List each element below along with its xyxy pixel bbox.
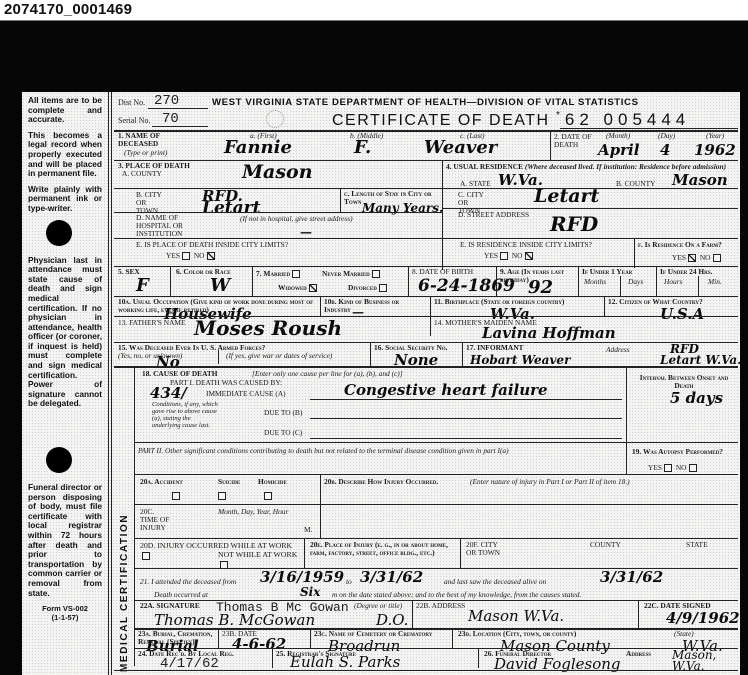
rule (408, 266, 409, 296)
attended-from: 3/16/1959 (260, 569, 344, 585)
registrar-signature: Eulah S. Parks (290, 654, 400, 670)
cause-of-death-label: 18. CAUSE OF DEATH (142, 370, 218, 378)
rule (152, 126, 208, 127)
physician-address: Mason W.Va. (468, 608, 564, 624)
under-24-hrs-label: If Under 24 Hrs. (660, 268, 712, 276)
min-label: Min. (708, 278, 722, 286)
rule (310, 628, 311, 648)
death-month: April (598, 142, 639, 158)
rule (340, 188, 341, 212)
rule (496, 266, 497, 296)
hours-label: Hours (664, 278, 682, 286)
instruction-write-plainly: Write plainly with permanent ink or type… (28, 185, 102, 214)
death-day: 4 (660, 142, 670, 158)
certificate-number: *62 005444 (556, 110, 690, 130)
attended-to-label: to (346, 578, 352, 586)
homicide-label: Homicide (258, 478, 287, 486)
middle-name: F. (354, 140, 371, 156)
medical-certification-label: MEDICAL CERTIFICATION (118, 392, 132, 672)
never-married-option: Never Married (322, 270, 382, 278)
divorced-checkbox[interactable] (379, 284, 387, 292)
instruction-complete: All items are to be complete and accurat… (28, 96, 102, 125)
rule (698, 276, 699, 296)
serial-no: 70 (162, 111, 179, 127)
business: — (352, 304, 364, 320)
attended-to: 3/31/62 (360, 569, 423, 585)
rule (620, 276, 621, 296)
rule (134, 474, 738, 475)
rule (370, 342, 371, 366)
part2-label: PART II. Other significant conditions co… (138, 447, 626, 455)
rule (412, 600, 413, 628)
mother-maiden-name: Lavina Hoffman (482, 325, 616, 341)
rule (462, 342, 463, 366)
rule (114, 238, 738, 239)
residence-county: Mason (672, 172, 728, 188)
cause-code: 434/ (150, 385, 187, 401)
rule (114, 366, 738, 368)
due-to-b-label: DUE TO (b) (264, 409, 302, 417)
scan-background: All items are to be complete and accurat… (0, 21, 748, 675)
rule (656, 266, 657, 296)
no-checkbox[interactable] (713, 254, 721, 262)
death-occurred-label: Death occurred at (154, 591, 208, 599)
injury-not-at-work-option: NOT WHILE AT WORK (218, 550, 300, 569)
autopsy-options: YES NO (648, 464, 699, 472)
death-year: 1962 (694, 142, 736, 158)
never-married-checkbox[interactable] (372, 270, 380, 278)
rule (218, 630, 219, 648)
business-label: 10b. Kind of Business or Industry (324, 298, 424, 314)
year-label: (Year) (706, 132, 724, 140)
item4-label: 4. USUAL RESIDENCE (Where deceased lived… (446, 163, 726, 171)
father-name-label: 13. FATHER'S NAME (118, 319, 186, 327)
attended-from-label: 21. I attended the deceased from (140, 578, 236, 586)
agency-title: WEST VIRGINIA STATE DEPARTMENT OF HEALTH… (212, 97, 639, 108)
suicide-checkbox[interactable] (218, 492, 226, 500)
rule (252, 266, 253, 296)
punch-hole-icon (46, 447, 72, 473)
under-1-year-label: If Under 1 Year (582, 268, 632, 276)
residence-city-limits-options: YES NO (484, 252, 535, 260)
margin-divider (108, 92, 112, 675)
physician-signature: Thomas B. McGowan (154, 612, 315, 628)
funeral-director-address: Mason, W.Va. (672, 650, 732, 672)
interval-label: Interval Between Onset and Death (634, 374, 734, 390)
rule (320, 296, 321, 316)
armed-forces-dates-label: (If yes, give war or dates of service) (226, 352, 332, 360)
rule (578, 266, 579, 296)
rule (452, 628, 453, 648)
first-name: Fannie (224, 140, 292, 156)
homicide-checkbox[interactable] (264, 492, 272, 500)
at-work-checkbox[interactable] (142, 552, 150, 560)
place-of-injury-label: 20e. Place of Injury (e. g., in or about… (310, 541, 458, 557)
item1-sub: (Type or print) (124, 149, 167, 157)
rule (604, 296, 605, 316)
rule (638, 600, 639, 628)
instruction-physician: Physician last in attendance must state … (28, 256, 102, 410)
rule (170, 266, 171, 296)
widowed-option: Widowed (278, 284, 319, 292)
rule (460, 538, 461, 568)
street-address-label: d. STREET ADDRESS (458, 211, 529, 219)
rule (320, 474, 321, 538)
hospital-note: (If not in hospital, give street address… (240, 215, 353, 223)
death-city-limits-options: YES NO (166, 252, 217, 260)
informant-address-label: Address (606, 346, 630, 354)
injury-description-note: (Enter nature of injury in Part I or Par… (470, 478, 630, 486)
no-checkbox[interactable] (525, 252, 533, 260)
punch-hole-icon (46, 220, 72, 246)
married-checkbox[interactable] (292, 270, 300, 278)
residence-state-label: a. STATE (460, 180, 491, 188)
citizenship: U.S.A (660, 306, 704, 322)
rule (114, 130, 738, 132)
conditions-note: Conditions, if any, which gave rise to a… (152, 401, 218, 429)
death-time: Six (300, 584, 320, 600)
hospital-label: d. NAME OF HOSPITAL OR INSTITUTION (136, 214, 206, 238)
age: 92 (528, 280, 553, 296)
rule (218, 350, 219, 364)
yes-checkbox[interactable] (688, 254, 696, 262)
document-id: 2074170_0001469 (4, 1, 132, 18)
rule (134, 442, 738, 443)
suicide-label: Suicide (218, 478, 240, 486)
rule (272, 648, 273, 668)
certificate-form: Dist No. 270 Serial No. 70 WEST VIRGINIA… (114, 92, 738, 675)
certificate-title: CERTIFICATE OF DEATH (332, 112, 550, 130)
residence-city: Letart (534, 188, 599, 204)
stay-length: Many Years. (362, 200, 443, 216)
residence-city-limits-label: e. IS RESIDENCE INSIDE CITY LIMITS? (460, 241, 592, 249)
death-certificate: All items are to be complete and accurat… (22, 92, 740, 675)
physician-address-label: 22b. ADDRESS (416, 602, 465, 610)
death-statement: m on the date stated above; and to the b… (332, 591, 581, 599)
death-county: Mason (242, 164, 313, 180)
funeral-director-address-label: Address (626, 650, 651, 658)
father-name: Moses Roush (194, 320, 342, 336)
immediate-cause-label: IMMEDIATE CAUSE (a) (206, 390, 286, 398)
instruction-margin: All items are to be complete and accurat… (22, 92, 106, 675)
divorced-option: Divorced (348, 284, 389, 292)
time-of-injury-note: Month, Day, Year, Hour (218, 508, 288, 516)
serial-no-label: Serial No. (118, 117, 150, 125)
time-of-injury-label: 20c. TIME OF INJURY (140, 508, 170, 532)
yes-checkbox[interactable] (500, 252, 508, 260)
interval: 5 days (670, 390, 723, 406)
injury-description-label: 20b. Describe How Injury Occurred. (324, 478, 438, 486)
rule (114, 160, 738, 161)
instruction-legal-record: This becomes a legal record when properl… (28, 131, 102, 179)
physician-degree: D.O. (376, 612, 408, 628)
rule (134, 504, 738, 505)
degree-label: (Degree or title) (354, 602, 402, 610)
dist-no: 270 (154, 93, 179, 109)
rule (134, 366, 135, 666)
death-city-limits-label: e. IS PLACE OF DEATH INSIDE CITY LIMITS? (136, 241, 288, 249)
married-option: 7. Married (256, 270, 302, 278)
days-label: Days (628, 278, 643, 286)
rule (626, 366, 627, 474)
informant-label: 17. INFORMANT (466, 344, 523, 352)
residence-county-label: b. COUNTY (616, 180, 655, 188)
autopsy-no-checkbox[interactable] (689, 464, 697, 472)
death-county-label: a. COUNTY (122, 170, 162, 178)
time-am-pm: M. (304, 526, 312, 534)
signature-label: 22a. SIGNATURE (140, 602, 200, 610)
last-seen-label: and last saw the deceased alive on (444, 578, 546, 586)
months-label: Months (584, 278, 606, 286)
street-address: RFD (550, 216, 598, 232)
last-name: Weaver (424, 140, 497, 156)
immediate-cause: Congestive heart failure (344, 382, 548, 398)
autopsy-label: 19. Was Autopsy Performed? (632, 448, 732, 456)
due-to-c-label: DUE TO (c) (264, 429, 302, 437)
rule (560, 128, 738, 129)
rule (478, 648, 479, 668)
injury-city-label: 20f. CITY or TOWN (466, 541, 502, 557)
accident-label: 20a. Accident (140, 478, 183, 486)
item1-label: 1. NAME OF DECEASED (118, 132, 182, 148)
seal-icon (266, 110, 284, 128)
rule (442, 208, 738, 209)
widowed-checkbox[interactable] (309, 284, 317, 292)
dob-label: 8. DATE OF BIRTH (412, 268, 473, 276)
farm-label: f. Is Residence On a Farm? (638, 241, 722, 249)
no-checkbox[interactable] (207, 252, 215, 260)
cause-of-death-note: [Enter only one cause per line for (a), … (252, 370, 403, 378)
day-label: (Day) (658, 132, 675, 140)
rule (148, 108, 208, 109)
rule (310, 399, 622, 400)
race: W (210, 278, 230, 294)
dist-no-label: Dist No. (118, 99, 145, 107)
instruction-funeral-director: Funeral director or person disposing of … (28, 483, 102, 598)
injury-county-label: COUNTY (590, 541, 621, 549)
injury-state-label: STATE (686, 541, 708, 549)
rule (634, 238, 635, 268)
sex: F (136, 278, 149, 294)
autopsy-yes-checkbox[interactable] (664, 464, 672, 472)
month-label: (Month) (606, 132, 630, 140)
rule (310, 418, 622, 419)
last-seen-alive: 3/31/62 (600, 569, 663, 585)
rule (550, 130, 551, 160)
rule (304, 538, 305, 568)
rule (430, 316, 738, 317)
rule (310, 438, 622, 439)
accident-checkbox[interactable] (172, 492, 180, 500)
form-number: Form VS-002 (1-1-57) (28, 604, 102, 622)
date-signed: 4/9/1962 (666, 610, 740, 626)
farm-options: YES NO (672, 254, 723, 262)
rule (114, 670, 738, 671)
rule (134, 538, 738, 539)
item2-label: 2. DATE OF DEATH (554, 133, 594, 149)
yes-checkbox[interactable] (182, 252, 190, 260)
